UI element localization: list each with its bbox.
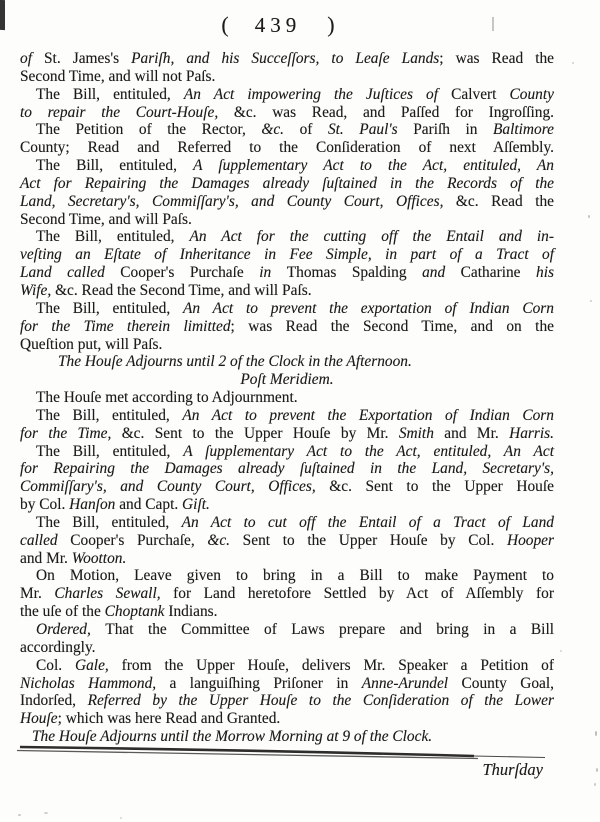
italic-text-run: The Houſe Adjourns until 2 of the Clock … — [58, 353, 412, 370]
italic-text-run: for the Time, — [20, 425, 122, 442]
roman-text-run: Cooper's Purchaſe — [120, 264, 259, 281]
text-line: The Bill, entituled, A ſupplementary Act… — [20, 157, 554, 175]
roman-text-run: ; which was here Read and Granted. — [58, 710, 281, 727]
roman-text-run: Col. — [36, 657, 75, 674]
italic-text-run: Houſe — [20, 710, 58, 727]
text-line: Mr. Charles Sewall, for Land heretofore … — [20, 585, 554, 603]
roman-text-run: The Petition of the Rector, — [36, 121, 261, 138]
italic-text-run: for Repairing the Damages already ſuſtai… — [20, 460, 554, 477]
text-line: Indorſed, Referred by the Upper Houſe to… — [20, 692, 554, 710]
text-line: Queſtion put, will Paſs. — [20, 336, 554, 354]
roman-text-run: Mr. — [20, 585, 54, 602]
italic-text-run: A ſupplementary Act to the Act, entitule… — [193, 157, 554, 174]
italic-text-run: Referred by the Upper Houſe to the Conſi… — [88, 692, 554, 709]
roman-text-run: County; Read and Referred to the Conſide… — [20, 139, 554, 156]
text-line: of St. James's Pariſh, and his Succeſſor… — [20, 50, 554, 68]
text-column: of St. James's Pariſh, and his Succeſſor… — [20, 50, 554, 746]
italic-text-run: Land called — [20, 264, 120, 281]
italic-text-run: &c. — [261, 121, 284, 138]
page-number: 439 — [255, 13, 302, 38]
page-number-open-paren: ( — [221, 12, 228, 38]
italic-text-run: for the Time therein limitted — [20, 318, 231, 335]
roman-text-run: The Houſe met according to Adjournment. — [36, 389, 298, 406]
text-line: The Petition of the Rector, &c. of St. P… — [20, 121, 554, 139]
text-line: veſting an Eſtate of Inheritance in Fee … — [20, 246, 554, 264]
roman-text-run: ; was Read the Second Time, and on the — [231, 318, 554, 335]
text-line: The Bill, entituled, An Act to cut off t… — [20, 514, 554, 532]
roman-text-run: The Bill, entituled, — [36, 300, 183, 317]
text-line: The Bill, entituled, An Act for the cutt… — [20, 228, 554, 246]
roman-text-run: Indorſed, — [20, 692, 88, 709]
scan-artifact — [44, 812, 48, 814]
text-line: The Bill, entituled, An Act impowering t… — [20, 86, 554, 104]
roman-text-run: Catharine — [461, 264, 536, 281]
scan-artifact — [596, 768, 598, 772]
text-line: County; Read and Referred to the Conſide… — [20, 139, 554, 157]
italic-text-run: Wootton. — [72, 550, 127, 567]
italic-text-run: Ordered, — [36, 621, 105, 638]
roman-text-run: ; was Read the — [439, 50, 554, 67]
text-line: the uſe of the Choptank Indians. — [20, 603, 554, 621]
scan-artifact — [560, 650, 562, 652]
roman-text-run: &c. Read the Second Time, and will Paſs. — [55, 282, 312, 299]
italic-text-run: An Act to cut off the Entail of a Tract … — [182, 514, 554, 531]
text-line: Act for Repairing the Damages already ſu… — [20, 175, 554, 193]
roman-text-run: The Bill, entituled, — [36, 407, 182, 424]
text-line: Wife, &c. Read the Second Time, and will… — [20, 282, 554, 300]
italic-text-run: Choptank — [105, 603, 169, 620]
roman-text-run: and Mr. — [444, 425, 509, 442]
text-line: Col. Gale, from the Upper Houſe, deliver… — [20, 657, 554, 675]
roman-text-run: the uſe of the — [20, 603, 105, 620]
scan-artifact — [595, 731, 597, 736]
italic-text-run: Pariſh, and his Succeſſors, to Leaſe Lan… — [131, 50, 439, 67]
italic-text-run: Nicholas Hammond, — [20, 675, 170, 692]
text-line: The Bill, entituled, A ſupplementary Act… — [20, 443, 554, 461]
roman-text-run: &c. Sent to the Upper Houſe by Mr. — [122, 425, 399, 442]
italic-text-run: Gale, — [75, 657, 122, 674]
roman-text-run: of — [284, 121, 328, 138]
text-line: The Bill, entituled, An Act to prevent t… — [20, 407, 554, 425]
text-line: Land, Secretary's, Commiſſary's, and Cou… — [20, 193, 554, 211]
roman-text-run: That the Committee of Laws prepare and b… — [105, 621, 554, 638]
scan-artifact — [18, 814, 21, 816]
italic-text-run: Smith — [399, 425, 444, 442]
roman-text-run: The Bill, entituled, — [36, 157, 193, 174]
page-number-close-paren: ) — [327, 12, 334, 38]
roman-text-run: Indians. — [168, 603, 217, 620]
scan-artifact — [594, 783, 596, 786]
text-line: Ordered, That the Committee of Laws prep… — [20, 621, 554, 639]
catchword: Thurſday — [482, 760, 543, 780]
text-line: called Cooper's Purchaſe, &c. Sent to th… — [20, 532, 554, 550]
italic-text-run: Harris. — [509, 425, 554, 442]
text-line: The Houſe met according to Adjournment. — [20, 389, 554, 407]
italic-text-run: called — [20, 532, 70, 549]
italic-text-run: An Act for the cutting off the Entail an… — [190, 228, 554, 245]
italic-text-run: Act for Repairing the Damages already ſu… — [20, 175, 554, 192]
scan-artifact — [588, 215, 590, 218]
italic-text-run: Baltimore — [493, 121, 554, 138]
roman-text-run: for Land heretofore Settled by Act of Aſ… — [173, 585, 554, 602]
italic-text-run: Commiſſary's, and County Court, Offices, — [20, 478, 329, 495]
italic-text-run: and — [422, 264, 461, 281]
text-line: Land called Cooper's Purchaſe in Thomas … — [20, 264, 554, 282]
text-line: by Col. Hanſon and Capt. Giſt. — [20, 496, 554, 514]
text-line: to repair the Court-Houſe, &c. was Read,… — [20, 104, 554, 122]
text-line: On Motion, Leave given to bring in a Bil… — [20, 567, 554, 585]
roman-text-run: Queſtion put, will Paſs. — [20, 336, 162, 353]
roman-text-run: &c. was Read, and Paſſed for Ingroſſing. — [234, 104, 554, 121]
scan-artifact — [572, 62, 574, 64]
italic-text-run: his — [536, 264, 554, 281]
italic-text-run: Poſt Meridiem. — [240, 371, 333, 388]
text-line: Houſe; which was here Read and Granted. — [20, 710, 554, 728]
roman-text-run: &c. Sent to the Upper Houſe — [329, 478, 554, 495]
roman-text-run: a languiſhing Priſoner in — [170, 675, 362, 692]
page-header: ( 439 ) — [11, 12, 545, 38]
roman-text-run: Sent to the Upper Houſe by Col. — [230, 532, 507, 549]
roman-text-run: accordingly. — [20, 639, 96, 656]
roman-text-run: The Bill, entituled, — [36, 86, 184, 103]
scan-artifact — [0, 0, 5, 30]
roman-text-run: and Mr. — [20, 550, 72, 567]
text-line: for the Time, &c. Sent to the Upper Houſ… — [20, 425, 554, 443]
italic-text-run: Giſt. — [182, 496, 210, 513]
roman-text-run: Calvert — [451, 86, 509, 103]
italic-text-run: Land, Secretary's, Commiſſary's, and Cou… — [20, 193, 456, 210]
italic-text-run: An Act impowering the Juſtices of — [184, 86, 451, 103]
italic-text-run: Hooper — [507, 532, 554, 549]
italic-text-run: An Act to prevent the Exportation of Ind… — [182, 407, 554, 424]
roman-text-run: and Capt. — [119, 496, 182, 513]
roman-text-run: St. James's — [44, 50, 131, 67]
text-line: for Repairing the Damages already ſuſtai… — [20, 460, 554, 478]
italic-text-run: of — [20, 50, 44, 67]
roman-text-run: Pariſh in — [413, 121, 493, 138]
italic-text-run: Anne-Arundel — [362, 675, 462, 692]
roman-text-run: from the Upper Houſe, delivers Mr. Speak… — [122, 657, 554, 674]
scan-artifact — [120, 817, 122, 819]
italic-text-run: A ſupplementary Act to the Act, entitule… — [183, 443, 554, 460]
italic-text-run: County — [510, 86, 554, 103]
text-line: The Houſe Adjourns until 2 of the Clock … — [20, 353, 554, 371]
italic-text-run: Wife, — [20, 282, 55, 299]
roman-text-run: Second Time, and will not Paſs. — [20, 68, 215, 85]
italic-text-run: in — [259, 264, 286, 281]
text-line: The Bill, entituled, An Act to prevent t… — [20, 300, 554, 318]
text-line: Commiſſary's, and County Court, Offices,… — [20, 478, 554, 496]
roman-text-run: by Col. — [20, 496, 69, 513]
roman-text-run: On Motion, Leave given to bring in a Bil… — [36, 567, 554, 584]
roman-text-run: The Bill, entituled, — [36, 514, 182, 531]
scan-artifact — [590, 300, 592, 302]
italic-text-run: Charles Sewall, — [54, 585, 173, 602]
italic-text-run: veſting an Eſtate of Inheritance in Fee … — [20, 246, 554, 263]
roman-text-run: The Bill, entituled, — [36, 443, 183, 460]
page-container: ( 439 ) of St. James's Pariſh, and his S… — [0, 0, 600, 822]
text-line: Second Time, and will Paſs. — [20, 211, 554, 229]
text-line: Second Time, and will not Paſs. — [20, 68, 554, 86]
roman-text-run: County Goal, — [462, 675, 555, 692]
text-line: accordingly. — [20, 639, 554, 657]
roman-text-run: Thomas Spalding — [287, 264, 422, 281]
roman-text-run: Cooper's Purchaſe, — [70, 532, 207, 549]
italic-text-run: to repair the Court-Houſe, — [20, 104, 234, 121]
text-line: Poſt Meridiem. — [20, 371, 554, 389]
italic-text-run: St. Paul's — [328, 121, 413, 138]
roman-text-run: The Bill, entituled, — [36, 228, 190, 245]
italic-text-run: An Act to prevent the exportation of Ind… — [183, 300, 554, 317]
italic-text-run: &c. — [207, 532, 230, 549]
roman-text-run: Second Time, and will Paſs. — [20, 211, 192, 228]
text-line: Nicholas Hammond, a languiſhing Priſoner… — [20, 675, 554, 693]
italic-text-run: Hanſon — [69, 496, 119, 513]
roman-text-run: &c. Read the — [456, 193, 554, 210]
text-line: and Mr. Wootton. — [20, 550, 554, 568]
text-line: for the Time therein limitted; was Read … — [20, 318, 554, 336]
